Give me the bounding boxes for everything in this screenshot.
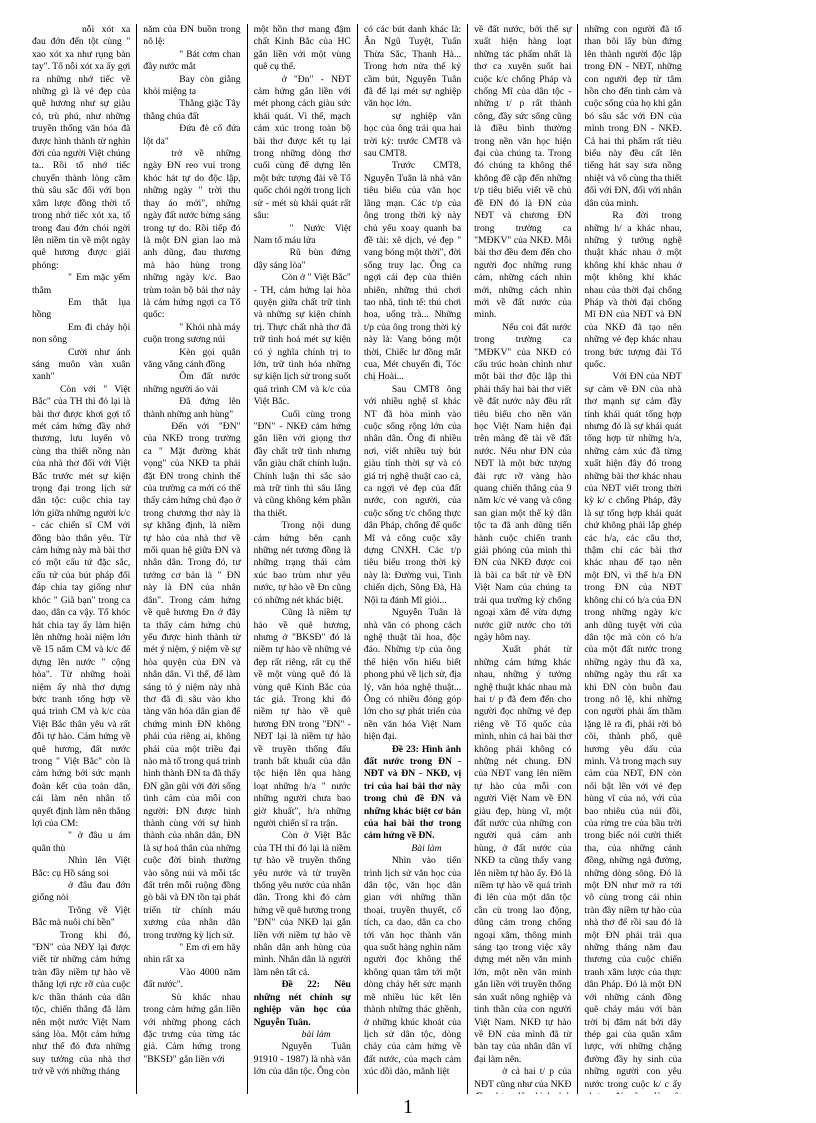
column-2: năm của ĐN buồn trong nô lệ:" Bát cơm ch… [136, 24, 246, 1094]
paragraph: một hồn thơ mang đậm chất Kinh Bắc của H… [254, 24, 351, 74]
poem-line: Kèn gọi quân văng vẳng cánh đồng [143, 347, 240, 372]
poem-line: Cười như ánh sáng muôn vàn xuân xanh" [32, 347, 130, 384]
paragraph: Nếu coi đất nước trong trường ca "MĐKV" … [474, 322, 571, 645]
column-5: về đất nước, bởi thế sự xuất hiện hàng l… [467, 24, 577, 1094]
column-4: có các bút danh khác là: Ân Ngũ Tuyệt, T… [357, 24, 467, 1094]
paragraph: Nguyễn Tuân là nhà văn có phong cách ngh… [364, 607, 461, 743]
section-heading: Đề 22: Nêu những nét chính sự nghiệp văn… [254, 979, 351, 1029]
paragraph: Nhìn vào tiến trình lịch sử văn học của … [364, 855, 461, 1078]
paragraph: Trong khi đó, "ĐN" của NĐY lại được viết… [32, 930, 130, 1079]
poem-line: Thằng giặc Tây thằng chúa đất [143, 98, 240, 123]
paragraph: trở về những ngày ĐN reo vui trong khóc … [143, 148, 240, 322]
poem-line: ở đâu đau đớn giống nòi [32, 880, 130, 905]
paragraph: Trước CMT8, Nguyễn Tuân là nhà văn tiêu … [364, 160, 461, 383]
text-columns: nỗi xót xa đau đớn đến tột cùng " xao xó… [26, 24, 798, 1094]
poem-line: " Em ơi em hãy nhìn rất xa [143, 942, 240, 967]
paragraph: năm của ĐN buồn trong nô lệ: [143, 24, 240, 49]
paragraph: ở cả hai t/ p của NĐT cũng như của NKĐ đ… [474, 1066, 571, 1094]
paragraph: có các bút danh khác là: Ân Ngũ Tuyệt, T… [364, 24, 461, 111]
poem-line: Ôm đất nước những người áo vải [143, 371, 240, 396]
poem-line: Rũ bùn đứng dậy sáng lòa" [254, 247, 351, 272]
paragraph: Còn với " Việt Bắc" của TH thì đó lại là… [32, 384, 130, 831]
poem-line: Bay còn giằng khỏi miệng ta [143, 74, 240, 99]
paragraph: Còn ở Việt Bắc của TH thì đó lại là niềm… [254, 830, 351, 979]
paragraph: Sù khác nhau trong cảm hứng gắn liền với… [143, 992, 240, 1066]
poem-line: " Bát cơm chan đầy nước mắt [143, 49, 240, 74]
poem-line: Vào 4000 năm đất nước". [143, 967, 240, 992]
paragraph: những con người đã tố than bôi lấy bùn đ… [584, 24, 681, 210]
paragraph: sự nghiệp văn học của ông trải qua hai t… [364, 111, 461, 161]
poem-line: Nhìn lên Việt Bắc: cụ Hồ sáng soi [32, 855, 130, 880]
document-page: nỗi xót xa đau đớn đến tột cùng " xao xó… [26, 24, 798, 1104]
page-number: 1 [0, 1096, 816, 1119]
paragraph: Bài làm [364, 843, 461, 855]
column-6: những con người đã tố than bôi lấy bùn đ… [577, 24, 687, 1094]
paragraph: Nguyễn Tuân 91910 - 1987) là nhà văn lớn… [254, 1041, 351, 1078]
paragraph: Đến với "ĐN" của NKĐ trong trường ca " M… [143, 421, 240, 942]
poem-line: " ở đâu u ám quân thù [32, 830, 130, 855]
poem-line: Đứa đè cổ đứa lột da" [143, 123, 240, 148]
paragraph: về đất nước, bởi thế sự xuất hiện hàng l… [474, 24, 571, 322]
paragraph: Cuối cùng trong "ĐN" - NKĐ cảm hứng gắn … [254, 409, 351, 521]
poem-line: Em thắt lụa hồng [32, 297, 130, 322]
paragraph: bài làm [254, 1029, 351, 1041]
column-1: nỗi xót xa đau đớn đến tột cùng " xao xó… [26, 24, 136, 1094]
paragraph: Cũng là niềm tự hào về quê hương, nhưng … [254, 607, 351, 830]
poem-line: Đã đứng lên thành những anh hùng" [143, 396, 240, 421]
paragraph: Còn ở " Việt Bắc" - TH, cảm hứng lại hòa… [254, 272, 351, 408]
section-heading: Đề 23: Hình ảnh đất nước trong ĐN - NĐT … [364, 744, 461, 843]
paragraph: ở "Đn" - NĐT cảm hứng gắn liền với mét p… [254, 74, 351, 223]
paragraph: Sau CMT8 ông với nhiều nghệ sĩ khác NT đ… [364, 384, 461, 607]
poem-line: " Nước Việt Nam tố máu lửa [254, 223, 351, 248]
paragraph: Xuất phát từ những cảm hứng khác nhau, n… [474, 644, 571, 1066]
poem-line: " Khói nhà máy cuộn trong sương núi [143, 322, 240, 347]
paragraph: Ra đời trong những h/ a khác nhau, những… [584, 210, 681, 371]
poem-line: Trông về Việt Bắc mà nuôi chí bền" [32, 905, 130, 930]
column-3: một hồn thơ mang đậm chất Kinh Bắc của H… [247, 24, 357, 1094]
poem-line: Em đi chảy hội non sông [32, 322, 130, 347]
paragraph: nỗi xót xa đau đớn đến tột cùng " xao xó… [32, 24, 130, 272]
paragraph: Trong nội dung cảm hứng bên cạnh những n… [254, 520, 351, 607]
poem-line: " Em mặc yếm thắm [32, 272, 130, 297]
paragraph: Với ĐN của NĐT sự cảm về ĐN của nhà thơ … [584, 371, 681, 1094]
